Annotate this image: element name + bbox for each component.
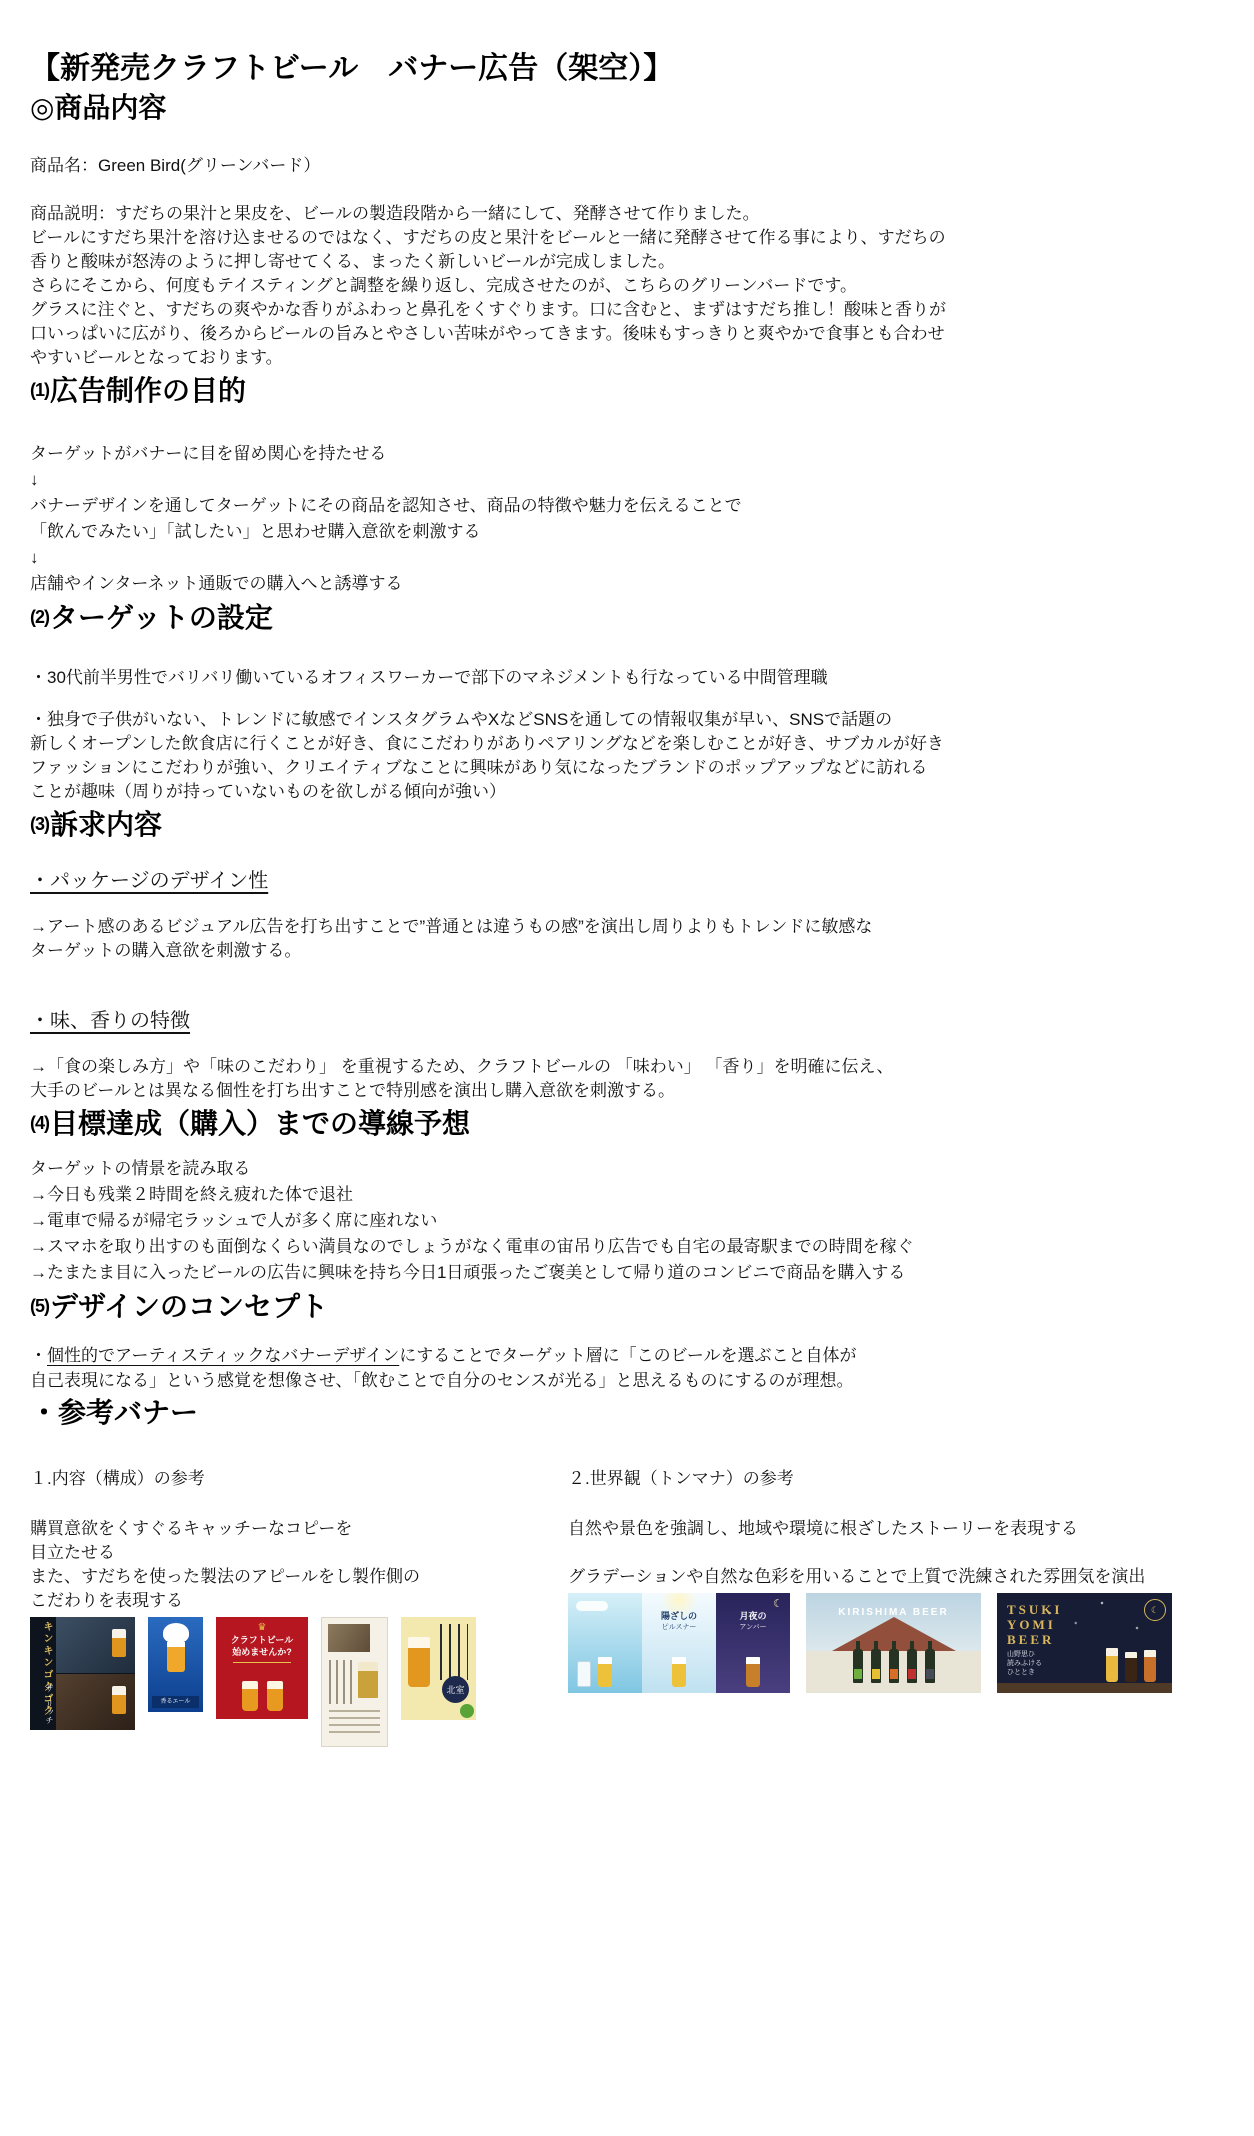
reference-columns: １.内容（構成）の参考 購買意欲をくすぐるキャッチーなコピーを 目立たせる また… <box>30 1467 1230 1747</box>
banner-copy-day-sub: ピルスナー <box>642 1624 716 1632</box>
banner-thumb-kaoru-ale: 香るエール <box>148 1617 203 1712</box>
section-number: (4) <box>30 1113 49 1133</box>
photo-block <box>328 1624 370 1652</box>
reference-col1-body: 購買意欲をくすぐるキャッチーなコピーを 目立たせる また、すだちを使った製法のア… <box>30 1517 568 1613</box>
product-name-line: 商品名：Green Bird(グリーンバード） <box>30 154 1230 178</box>
moon-icon: ☾ <box>773 1598 783 1610</box>
page-title: 【新発売クラフトビール バナー広告（架空）】 <box>30 50 1230 88</box>
section-heading-concept: (5)デザインのコンセプト <box>30 1286 1230 1327</box>
section-title: ターゲットの設定 <box>50 602 273 633</box>
concept-body: ・個性的でアーティスティックなバナーデザインにすることでターゲット層に「このビー… <box>30 1343 1230 1393</box>
sky-panel <box>568 1593 642 1693</box>
daylight-panel: 陽ざしの ピルスナー <box>642 1593 716 1693</box>
banner-copy-night-sub: アンバー <box>716 1624 790 1632</box>
banner-product-name: ザ・リッチ <box>37 1684 61 1724</box>
reference-column-tone: ２.世界観（トンマナ）の参考 自然や景色を強調し、地域や環境に根ざしたストーリー… <box>568 1467 1230 1747</box>
purpose-flow-text: ターゲットがバナーに目を留め関心を持たせる ↓ バナーデザインを通してターゲット… <box>30 441 1230 597</box>
reference-col2-banner-row: 陽ざしの ピルスナー ☾ 月夜の アンバー KIRISHIMA BEER <box>568 1593 1230 1693</box>
banner-thumb-kirishima-beer: KIRISHIMA BEER <box>806 1593 981 1693</box>
banner-thumb-the-rich: キンキンゴクゴク ザ・リッチ <box>30 1617 135 1730</box>
product-description: 商品説明：すだちの果汁と果皮を、ビールの製造段階から一緒にして、発酵させて作りま… <box>30 202 1230 370</box>
section-number: (5) <box>30 1296 49 1316</box>
section-heading-appeal: (3)訴求内容 <box>30 804 1230 845</box>
appeal-point-2-title: ・味、香りの特徴 <box>30 1007 1230 1035</box>
reference-col1-header: １.内容（構成）の参考 <box>30 1467 568 1491</box>
banner-copy-day: 陽ざしの <box>642 1611 716 1622</box>
reference-col2-header: ２.世界観（トンマナ）の参考 <box>568 1467 1230 1491</box>
vertical-text-columns-graphic <box>329 1660 353 1704</box>
sudachi-lime-graphic <box>460 1704 474 1718</box>
section-number: (1) <box>30 380 49 400</box>
round-stamp-logo: 北室 <box>442 1676 469 1703</box>
banner-product-name: 香るエール <box>152 1696 199 1708</box>
reference-column-structure: １.内容（構成）の参考 購買意欲をくすぐるキャッチーなコピーを 目立たせる また… <box>30 1467 568 1747</box>
night-panel: ☾ 月夜の アンバー <box>716 1593 790 1693</box>
section-heading-reference: ・参考バナー <box>30 1393 1230 1433</box>
banner-thumb-craft-beer-red: ♛ クラフトビール 始めませんか? <box>216 1617 308 1719</box>
moon-badge-icon: ☾ <box>1144 1599 1166 1621</box>
beer-glass-photo-block <box>358 1662 378 1698</box>
section-title: 広告制作の目的 <box>50 375 246 406</box>
banner-thumb-sun-and-moon: 陽ざしの ピルスナー ☾ 月夜の アンバー <box>568 1593 790 1693</box>
beer-glass-graphic <box>408 1637 430 1687</box>
brand-word-2: YOMI <box>1007 1617 1062 1632</box>
beer-glasses-graphic <box>1106 1648 1156 1682</box>
beer-glass-graphic <box>672 1657 686 1687</box>
banner-brand-title: TSUKI YOMI BEER <box>1007 1602 1062 1647</box>
section-heading-target: (2)ターゲットの設定 <box>30 597 1230 638</box>
crown-icon: ♛ <box>216 1622 308 1634</box>
brand-word-3: BEER <box>1007 1632 1062 1647</box>
text-lines-graphic <box>329 1710 380 1738</box>
banner-copy-night: 月夜の <box>716 1611 790 1622</box>
photo-woman-with-beer <box>56 1674 135 1730</box>
beer-glass-graphic <box>167 1642 185 1672</box>
cloud-graphic <box>576 1601 608 1611</box>
section-heading-purpose: (1)広告制作の目的 <box>30 370 1230 411</box>
vertical-text-columns-graphic <box>440 1624 468 1680</box>
beer-bottles-graphic <box>806 1649 981 1683</box>
brand-word-1: TSUKI <box>1007 1602 1062 1617</box>
section-title: 目標達成（購入）までの導線予想 <box>50 1108 470 1139</box>
appeal-point-1-title: ・パッケージのデザイン性 <box>30 867 1230 895</box>
concept-bullet: ・ <box>30 1346 47 1365</box>
section-title: デザインのコンセプト <box>50 1291 328 1322</box>
beer-glass-graphic <box>746 1657 760 1687</box>
reference-col2-body: 自然や景色を強調し、地域や環境に根ざしたストーリーを表現する グラデーションや自… <box>568 1517 1230 1589</box>
banner-copy-line1: クラフトビール <box>216 1634 308 1646</box>
document: 【新発売クラフトビール バナー広告（架空）】 ◎商品内容 商品名：Green B… <box>0 0 1254 2136</box>
target-bullet-1: ・30代前半男性でバリバリ働いているオフィスワーカーで部下のマネジメントも行なっ… <box>30 666 1230 690</box>
reference-col1-banner-row: キンキンゴクゴク ザ・リッチ 香るエール ♛ クラフトビール 始めませんか? <box>30 1617 568 1747</box>
banner-thumb-tsukiyomi-beer: TSUKI YOMI BEER 山野思ひ 読みふける ひととき ☾ <box>997 1593 1172 1693</box>
target-bullet-2: ・独身で子供がいない、トレンドに敏感でインスタグラムやXなどSNSを通しての情報… <box>30 708 1230 804</box>
beer-glass-graphic <box>598 1657 612 1687</box>
funnel-steps: ターゲットの情景を読み取る →今日も残業２時間を終え疲れた体で退社 →電車で帰る… <box>30 1156 1230 1286</box>
banner-copy-line2: 始めませんか? <box>216 1646 308 1658</box>
banner-copy-lines: 山野思ひ 読みふける ひととき <box>1007 1650 1042 1677</box>
section-number: (2) <box>30 607 49 627</box>
beer-foam-graphic <box>163 1623 189 1643</box>
section-heading-funnel: (4)目標達成（購入）までの導線予想 <box>30 1103 1230 1144</box>
beer-glasses-graphic <box>216 1681 308 1711</box>
section-heading-product: ◎商品内容 <box>30 88 1230 128</box>
appeal-point-1-body: →アート感のあるビジュアル広告を打ち出すことで”普通とは違うもの感”を演出し周り… <box>30 915 1230 963</box>
banner-thumb-article-layout <box>321 1617 388 1747</box>
appeal-point-2-body: →「食の楽しみ方」や「味のこだわり」 を重視するため、クラフトビールの 「味わい… <box>30 1055 1230 1103</box>
section-title: 訴求内容 <box>50 809 162 840</box>
section-number: (3) <box>30 814 49 834</box>
photo-man-with-beer <box>56 1617 135 1673</box>
beer-can-graphic <box>577 1661 591 1687</box>
concept-underlined-text: 個性的でアーティスティックなバナーデザイン <box>47 1346 399 1365</box>
gold-divider <box>233 1662 291 1663</box>
wooden-table-graphic <box>997 1683 1172 1693</box>
banner-thumb-kitamuro: 北室 <box>401 1617 476 1720</box>
